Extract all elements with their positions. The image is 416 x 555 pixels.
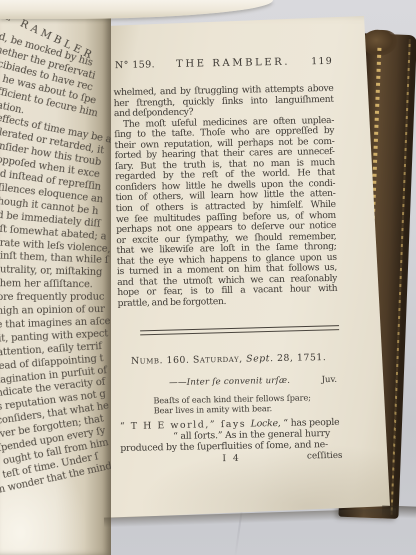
section-heading: Numb. 160. Saturday, Sept. 28, 1751.: [119, 352, 339, 367]
right-page: N° 159. THE RAMBLER. 119 whelmed, and by…: [106, 12, 392, 522]
page-header: N° 159. THE RAMBLER. 119: [115, 56, 333, 71]
page-number: 119: [311, 56, 333, 67]
catchword: ceſſities: [307, 451, 343, 462]
left-body-line: s them her aſſiſtance.: [0, 278, 111, 291]
heading-month: Sept.: [246, 353, 273, 365]
heading-text: Numb. 160. Saturday,: [131, 354, 246, 367]
left-body-line: neutrality, or, miſtaking: [0, 264, 111, 279]
issue-number: N° 159.: [115, 59, 155, 71]
leather-bottom-shadow: [382, 505, 416, 518]
paragraph-essay-160: “ T H E world,” ſays Locke, “ has people…: [120, 417, 341, 454]
left-body-line: more frequently produc: [0, 292, 111, 303]
verse-line: Bear lives in amity with bear.: [154, 403, 312, 416]
heading-date: 28, 1751.: [273, 352, 326, 364]
epigraph: ——Inter ſe convenit urſæ. Juv.: [119, 375, 339, 379]
gold-tooling-edge: [391, 39, 411, 515]
running-title: THE RAMBLER.: [176, 57, 290, 70]
body-line: prattle, and be forgotten.: [117, 295, 337, 310]
author-name: Locke: [251, 418, 278, 430]
epigraph-attribution: Juv.: [321, 375, 337, 385]
left-page: THE RAMBLER eed, be mocked by hiswhether…: [0, 0, 111, 555]
epigraph-translation: Beaſts of each kind their fellows ſpare;…: [153, 393, 311, 415]
left-body-line: o high an opinion of our: [0, 303, 111, 317]
page-foot: I 4 ceſſities: [121, 452, 343, 467]
paragraph-essay-159: whelmed, and by ſtruggling with attempts…: [113, 84, 337, 310]
epigraph-quote: ——Inter ſe convenit urſæ.: [169, 376, 290, 388]
section-divider-rule: [140, 325, 339, 336]
book-photograph: N° 159. THE RAMBLER. 119 whelmed, and by…: [0, 0, 416, 555]
left-page-top-curl: [0, 0, 273, 19]
